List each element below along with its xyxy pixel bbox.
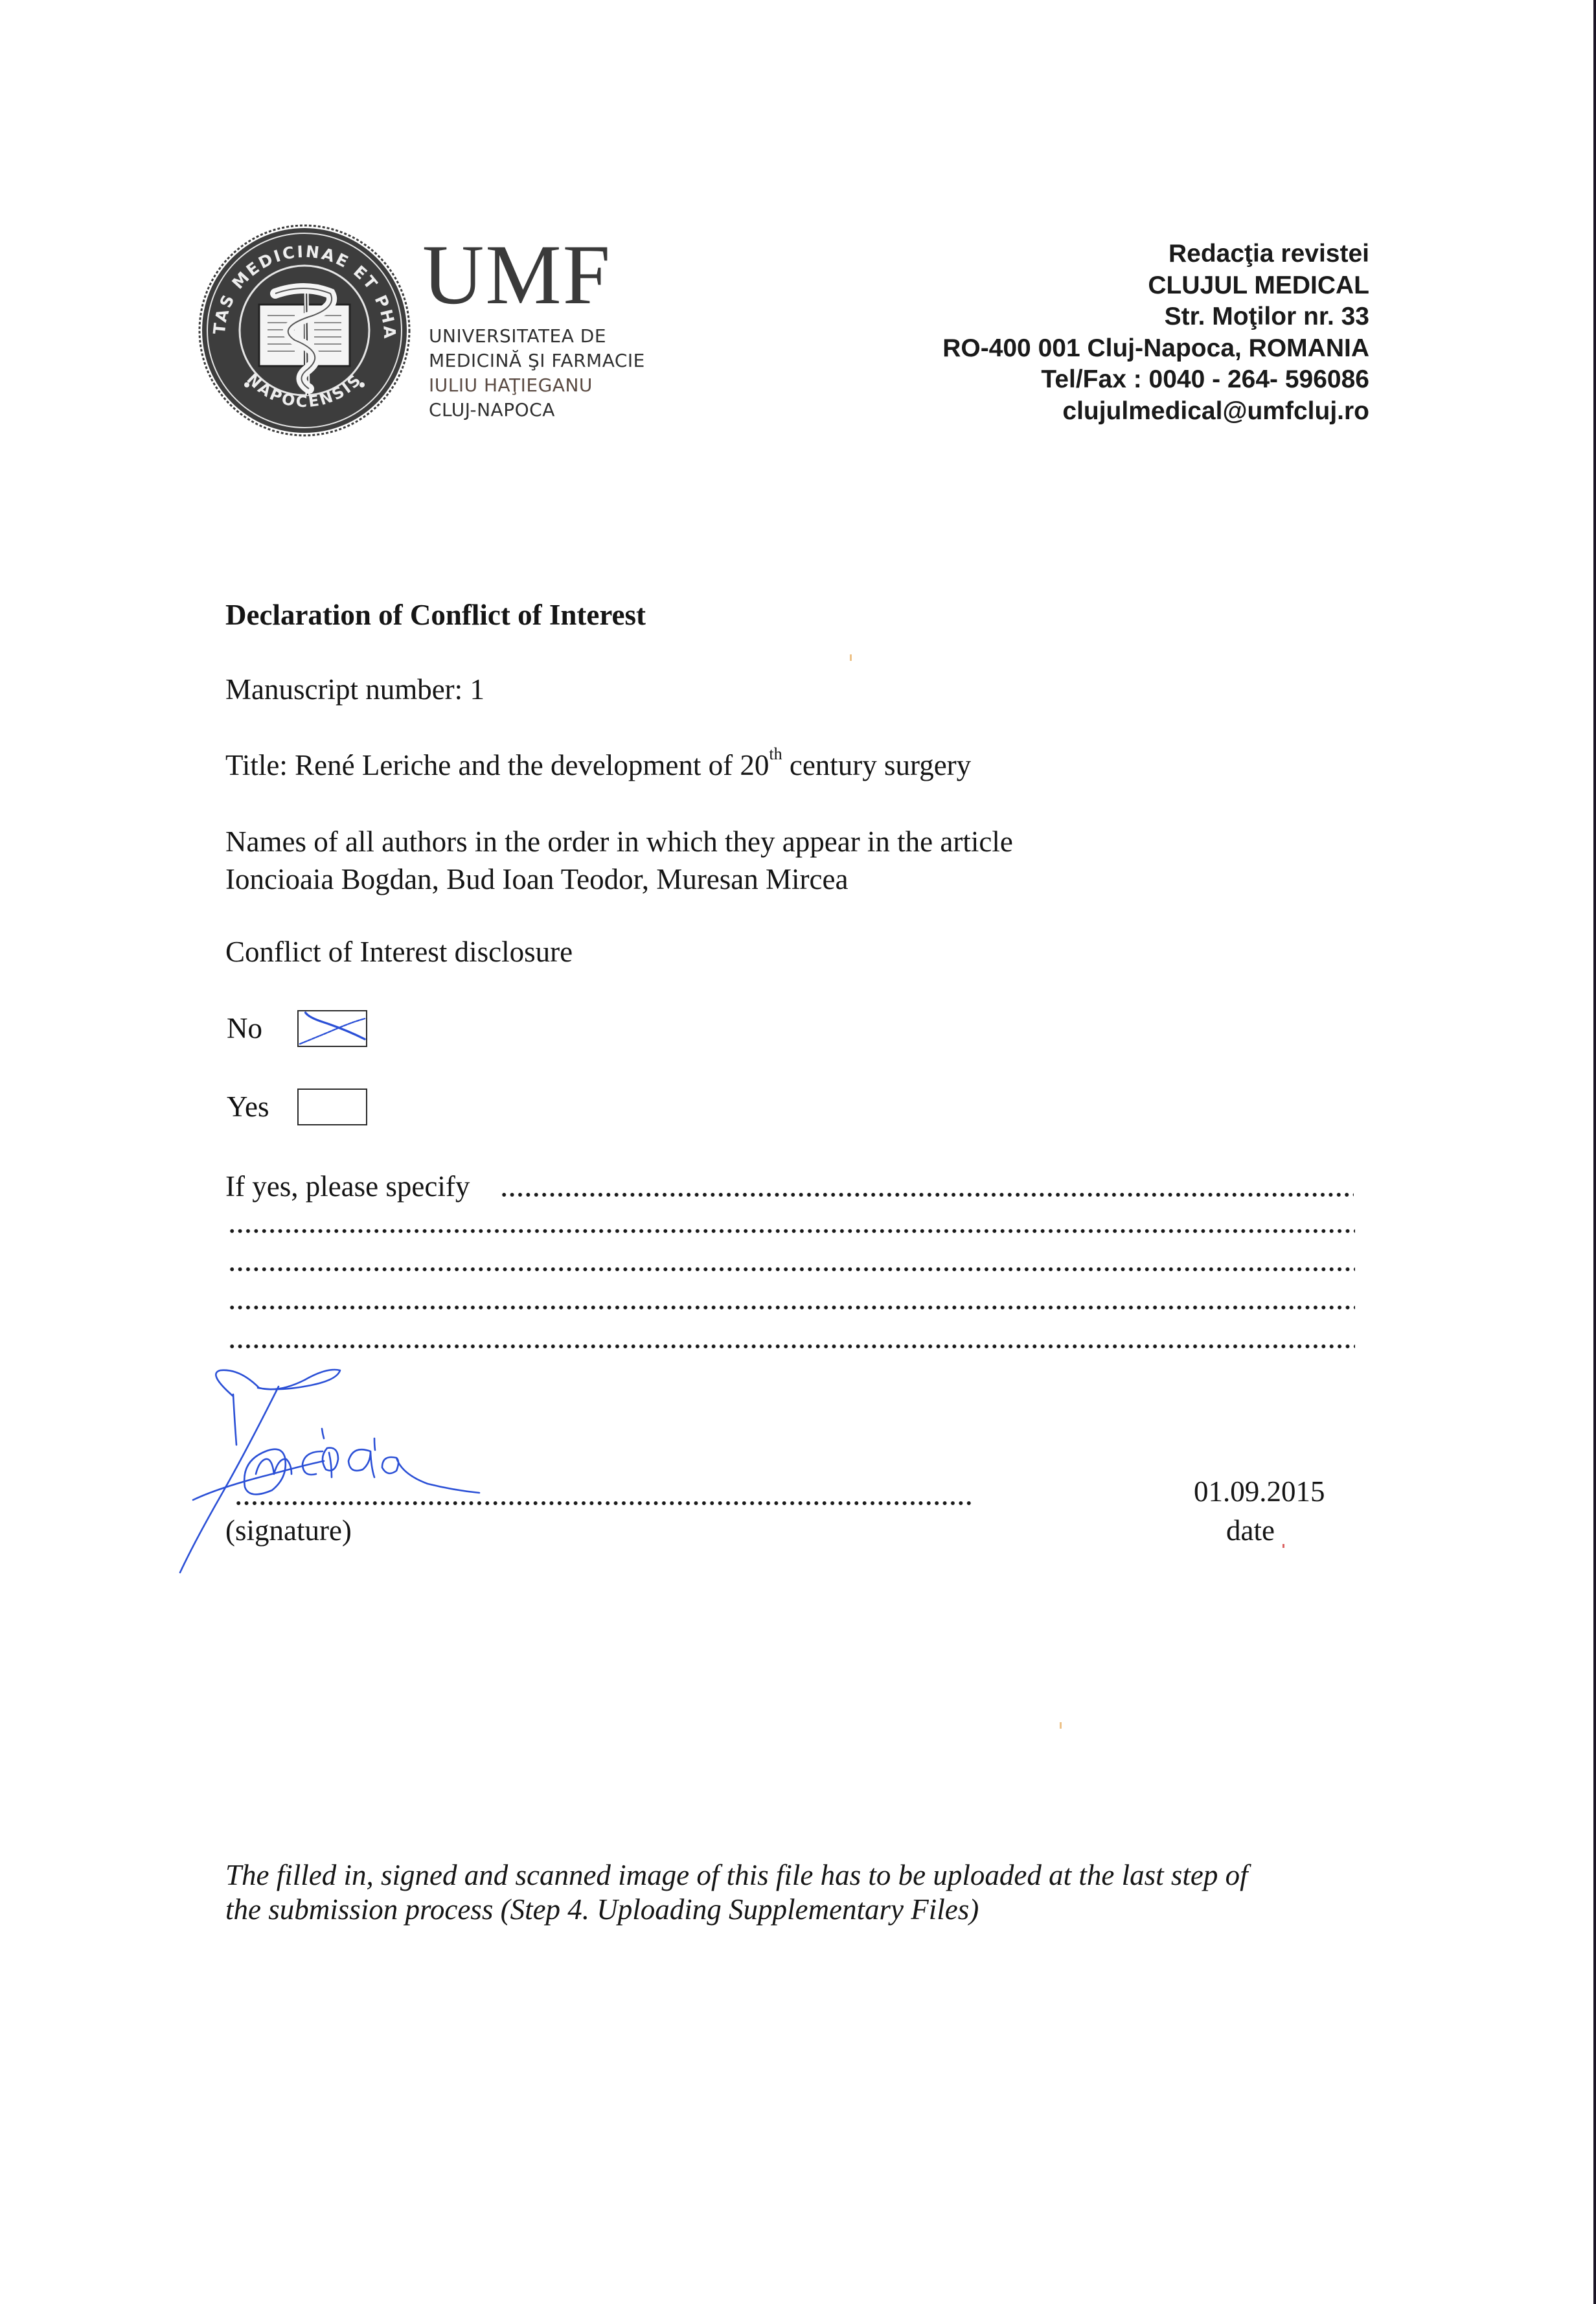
address-line-email[interactable]: clujulmedical@umfcluj.ro [942,396,1369,428]
specify-input-line[interactable] [228,1265,1355,1273]
date-label: date [1226,1515,1275,1547]
scan-page-edge [1593,0,1596,2304]
umf-logo-acronym: UMF [422,232,611,317]
option-no-label: No [227,1014,262,1043]
scan-speck [850,654,852,661]
title-label: Title: [225,749,288,781]
address-line-journal: CLUJUL MEDICAL [942,270,1369,302]
university-name-line: MEDICINĂ ŞI FARMACIE [429,349,645,373]
handwritten-x-mark-icon [299,1011,366,1046]
option-yes-label: Yes [227,1092,269,1122]
scan-speck [1282,1544,1284,1548]
date-value[interactable]: 01.09.2015 [1194,1476,1325,1508]
signature-line[interactable] [234,1499,974,1507]
scan-speck [1060,1722,1062,1729]
editorial-address: Redacţia revistei CLUJUL MEDICAL Str. Mo… [942,238,1369,427]
authors-label: Names of all authors in the order in whi… [225,826,1013,858]
title-superscript: th [769,744,782,763]
address-line-street: Str. Moţilor nr. 33 [942,301,1369,333]
authors-value[interactable]: Ioncioaia Bogdan, Bud Ioan Teodor, Mures… [225,864,848,896]
submission-instructions: The filled in, signed and scanned image … [225,1858,1248,1927]
option-yes-checkbox[interactable] [297,1089,367,1125]
address-line-phone: Tel/Fax : 0040 - 264- 596086 [942,364,1369,396]
submission-instructions-line: The filled in, signed and scanned image … [225,1858,1248,1893]
manuscript-number-label: Manuscript number: [225,673,462,706]
signature-label: (signature) [225,1515,352,1547]
university-seal-icon: UNIVERSITAS MEDICINAE ET PHARMACIAE NAPO… [198,224,411,437]
form-heading: Declaration of Conflict of Interest [225,599,646,632]
title-value[interactable]: René Leriche and the development of 20th… [295,749,971,781]
manuscript-number-value[interactable]: 1 [470,673,484,706]
specify-label: If yes, please specify [225,1171,470,1203]
manuscript-number-field: Manuscript number: 1 [225,674,484,706]
title-field: Title: René Leriche and the development … [225,750,971,782]
address-line-editorial-office: Redacţia revistei [942,238,1369,270]
address-line-city: RO-400 001 Cluj-Napoca, ROMANIA [942,333,1369,365]
specify-input-line[interactable] [228,1304,1355,1311]
submission-instructions-line: the submission process (Step 4. Uploadin… [225,1893,1248,1927]
university-name-line: CLUJ-NAPOCA [429,398,645,422]
specify-input-line[interactable] [500,1191,1354,1199]
university-name: UNIVERSITATEA DE MEDICINĂ ŞI FARMACIE IU… [429,324,645,422]
specify-input-line[interactable] [228,1227,1355,1235]
disclosure-label: Conflict of Interest disclosure [225,936,573,969]
university-name-line: UNIVERSITATEA DE [429,324,645,349]
university-name-line: IULIU HAŢIEGANU [429,373,645,398]
option-no-checkbox[interactable] [297,1010,367,1047]
specify-input-line[interactable] [228,1342,1355,1350]
